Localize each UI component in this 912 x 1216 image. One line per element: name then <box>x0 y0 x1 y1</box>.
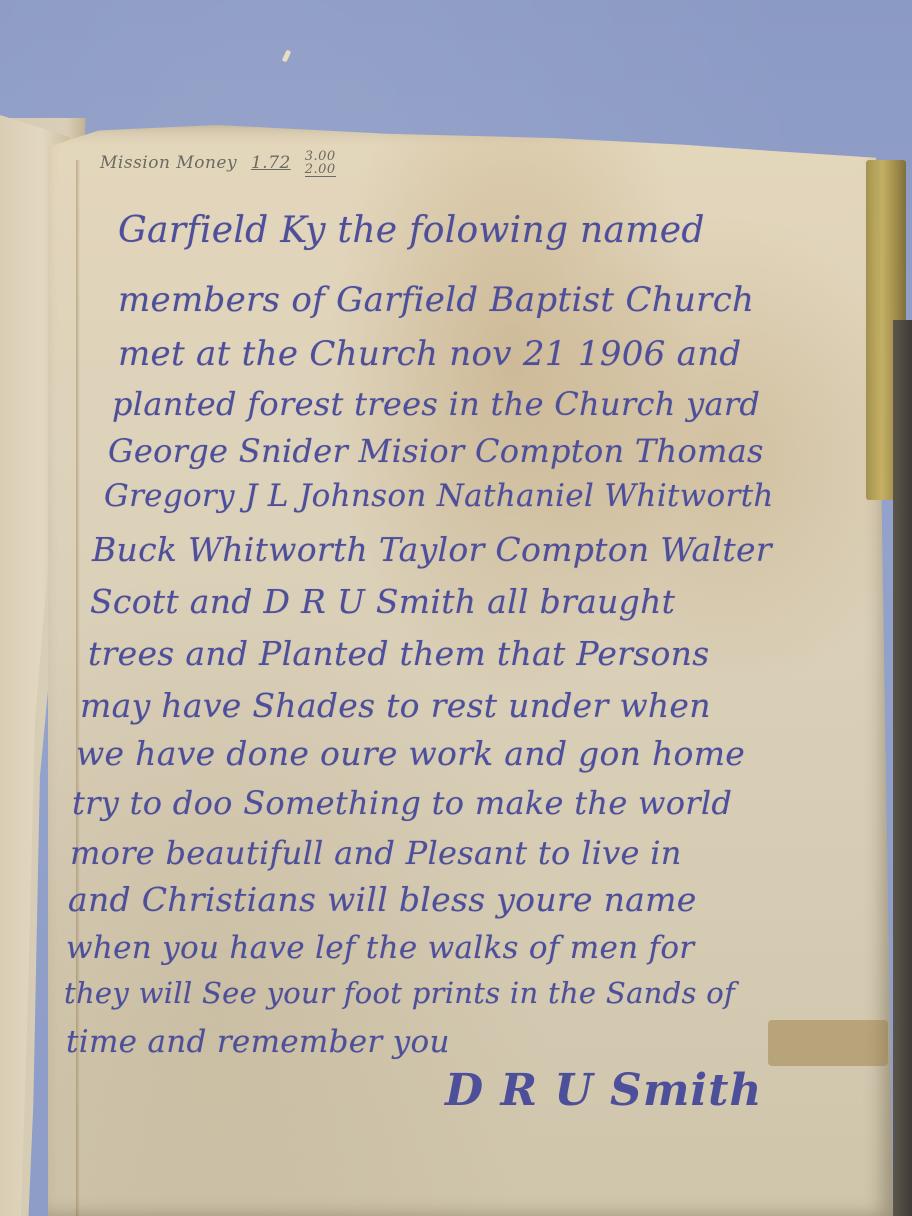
handwritten-line: when you have lef the walks of men for <box>66 930 694 966</box>
pencil-amount: 1.72 <box>251 153 291 173</box>
handwritten-line: time and remember you <box>66 1024 450 1060</box>
handwritten-line: met at the Church nov 21 1906 and <box>118 334 742 374</box>
handwritten-line: members of Garfield Baptist Church <box>118 280 754 320</box>
handwritten-text: Mission Money 1.72 3.00 2.00 Garfield Ky… <box>0 0 912 1216</box>
handwritten-line: Scott and D R U Smith all braught <box>90 582 675 621</box>
pencil-figures: 3.00 2.00 <box>305 150 336 177</box>
handwritten-line: more beautifull and Plesant to live in <box>70 834 682 872</box>
handwritten-line: try to doo Something to make the world <box>72 784 732 822</box>
handwritten-line: Garfield Ky the folowing named <box>118 210 705 251</box>
pencil-header-note: Mission Money 1.72 3.00 2.00 <box>100 150 336 177</box>
handwritten-line: they will See your foot prints in the Sa… <box>64 976 735 1010</box>
pencil-label: Mission Money <box>100 153 237 173</box>
handwritten-line: and Christians will bless youre name <box>68 880 697 919</box>
handwritten-line: trees and Planted them that Persons <box>88 634 709 673</box>
handwritten-line: planted forest trees in the Church yard <box>112 385 760 423</box>
signature: D R U Smith <box>445 1065 762 1116</box>
handwritten-line: Gregory J L Johnson Nathaniel Whitworth <box>104 478 774 514</box>
handwritten-line: George Snider Misior Compton Thomas <box>108 432 764 470</box>
handwritten-line: may have Shades to rest under when <box>80 686 711 725</box>
handwritten-line: Buck Whitworth Taylor Compton Walter <box>92 530 772 569</box>
handwritten-line: we have done oure work and gon home <box>76 734 745 773</box>
